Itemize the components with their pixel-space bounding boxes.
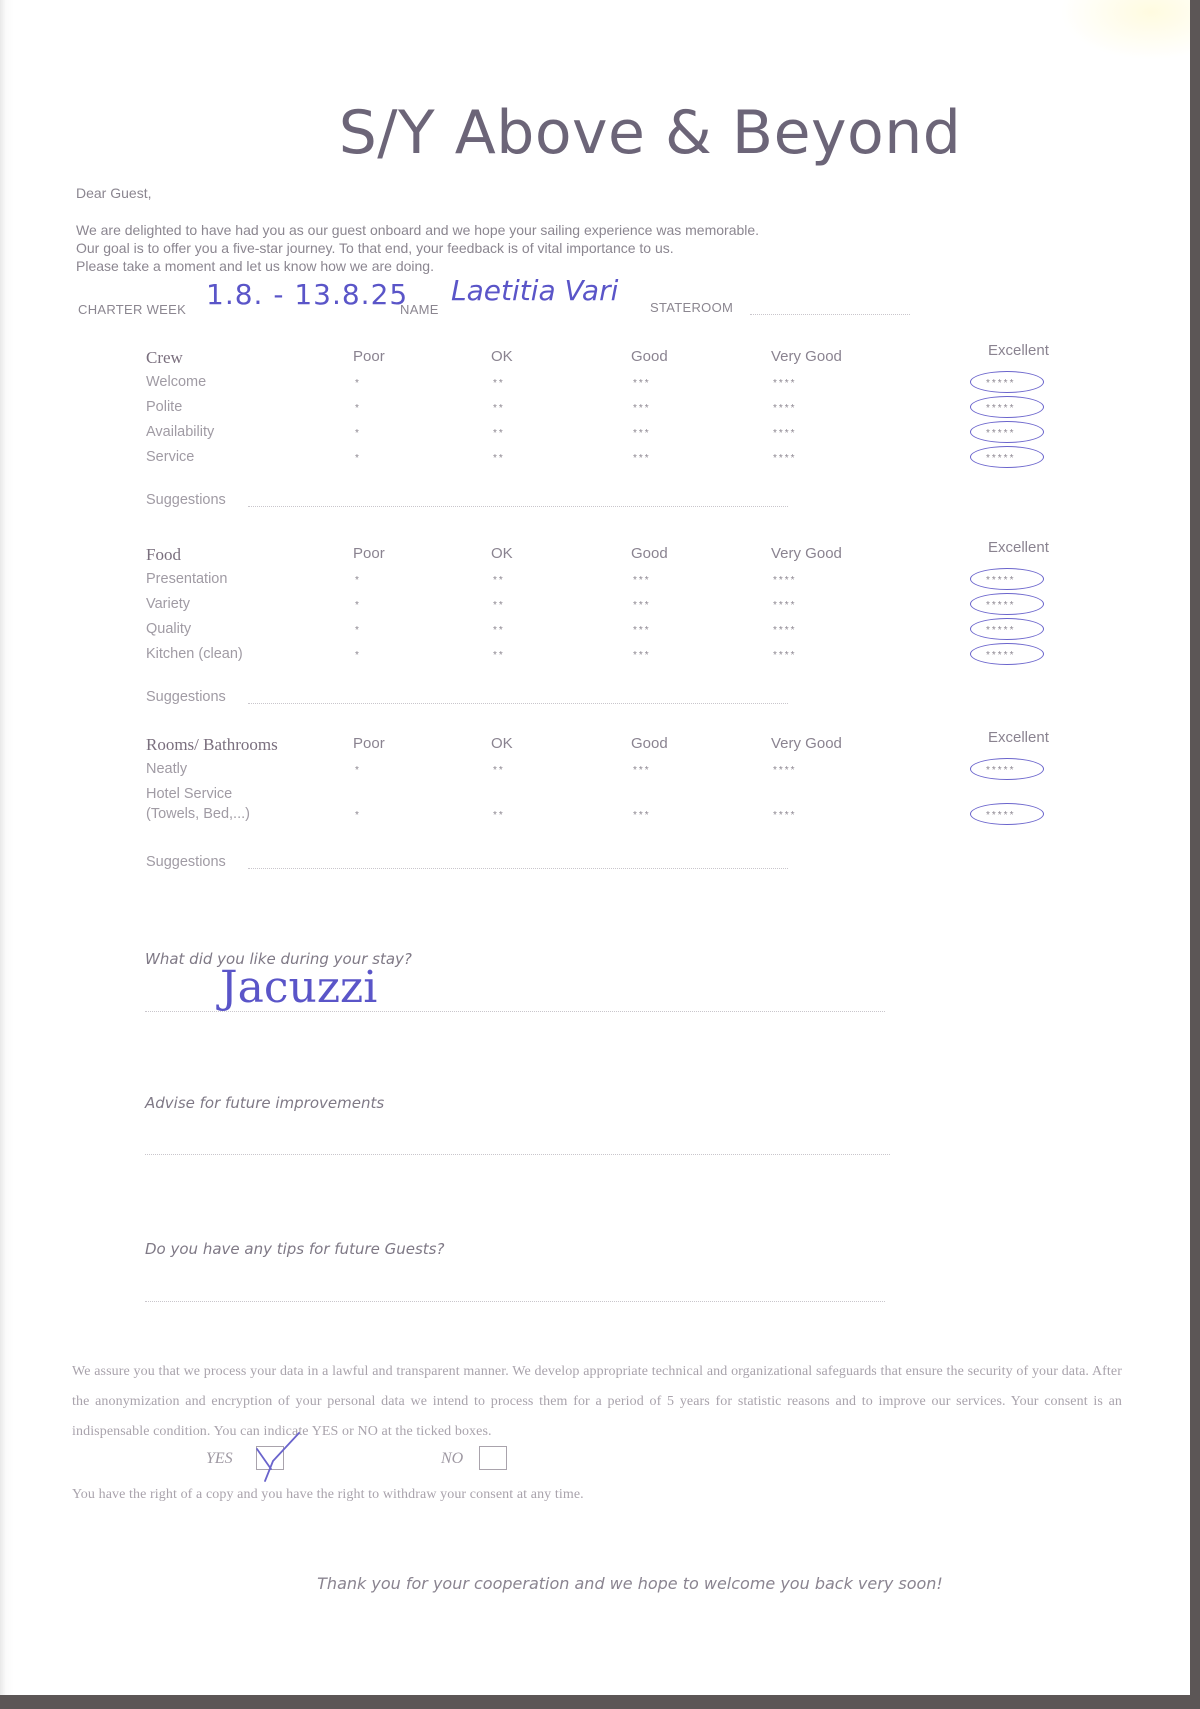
- page-title: S/Y Above & Beyond: [0, 98, 1190, 168]
- section-food: FoodPoorOKGoodVery GoodExcellentPresenta…: [146, 545, 1066, 714]
- rating-option-poor[interactable]: *: [355, 575, 361, 586]
- rating-option-ok[interactable]: **: [493, 428, 505, 439]
- rating-option-very-good[interactable]: ****: [773, 428, 797, 439]
- column-header-very-good: Very Good: [771, 545, 842, 562]
- rating-option-poor[interactable]: *: [355, 600, 361, 611]
- rating-item-label: Kitchen (clean): [146, 646, 243, 662]
- section-title: Rooms/ Bathrooms: [146, 735, 278, 755]
- rating-option-good[interactable]: ***: [633, 575, 651, 586]
- intro-text: We are delighted to have had you as our …: [76, 221, 759, 275]
- rating-item-label: Neatly: [146, 761, 187, 777]
- rating-option-poor[interactable]: *: [355, 428, 361, 439]
- selected-rating-circle: [970, 568, 1044, 590]
- column-header-good: Good: [631, 735, 668, 752]
- rating-option-very-good[interactable]: ****: [773, 600, 797, 611]
- section-header: CrewPoorOKGoodVery GoodExcellent: [146, 348, 1066, 374]
- rating-option-good[interactable]: ***: [633, 600, 651, 611]
- section-title: Food: [146, 545, 181, 565]
- rating-option-good[interactable]: ***: [633, 403, 651, 414]
- column-header-very-good: Very Good: [771, 735, 842, 752]
- column-header-poor: Poor: [353, 735, 385, 752]
- rating-option-ok[interactable]: **: [493, 453, 505, 464]
- suggestions-label: Suggestions: [146, 854, 226, 870]
- suggestions-row: Suggestions: [146, 492, 1066, 517]
- light-glare: [1060, 0, 1190, 60]
- rating-option-good[interactable]: ***: [633, 810, 651, 821]
- rating-item-label: Presentation: [146, 571, 227, 587]
- rating-row: Welcome***************: [146, 374, 1066, 399]
- rating-option-good[interactable]: ***: [633, 650, 651, 661]
- rating-option-good[interactable]: ***: [633, 765, 651, 776]
- suggestions-row: Suggestions: [146, 854, 1066, 879]
- rating-item-label: Quality: [146, 621, 191, 637]
- rating-option-poor[interactable]: *: [355, 378, 361, 389]
- selected-rating-circle: [970, 396, 1044, 418]
- rating-option-poor[interactable]: *: [355, 765, 361, 776]
- rating-row: Presentation***************: [146, 571, 1066, 596]
- rating-option-ok[interactable]: **: [493, 378, 505, 389]
- rating-row: Availability***************: [146, 424, 1066, 449]
- selected-rating-circle: [970, 758, 1044, 780]
- rating-option-poor[interactable]: *: [355, 403, 361, 414]
- rating-row: Kitchen (clean)***************: [146, 646, 1066, 671]
- suggestions-label: Suggestions: [146, 689, 226, 705]
- question-improvements: Advise for future improvements: [145, 1094, 384, 1112]
- rating-item-label: Availability: [146, 424, 214, 440]
- consent-yes-checkbox[interactable]: [256, 1446, 284, 1470]
- rating-option-very-good[interactable]: ****: [773, 810, 797, 821]
- column-header-ok: OK: [491, 348, 513, 365]
- rating-option-poor[interactable]: *: [355, 810, 361, 821]
- suggestions-field[interactable]: [248, 506, 788, 507]
- column-header-ok: OK: [491, 735, 513, 752]
- selected-rating-circle: [970, 446, 1044, 468]
- section-title: Crew: [146, 348, 183, 368]
- rating-option-very-good[interactable]: ****: [773, 765, 797, 776]
- column-header-good: Good: [631, 348, 668, 365]
- suggestions-field[interactable]: [248, 868, 788, 869]
- section-header: FoodPoorOKGoodVery GoodExcellent: [146, 545, 1066, 571]
- selected-rating-circle: [970, 618, 1044, 640]
- column-header-ok: OK: [491, 545, 513, 562]
- rating-row: Polite***************: [146, 399, 1066, 424]
- rating-item-label: Hotel Service: [146, 786, 232, 802]
- rating-option-good[interactable]: ***: [633, 428, 651, 439]
- rating-item-label: (Towels, Bed,...): [146, 806, 250, 822]
- rating-row: Quality***************: [146, 621, 1066, 646]
- charter-week-field[interactable]: 1.8. - 13.8.25: [206, 278, 408, 311]
- rating-item-label: Polite: [146, 399, 182, 415]
- column-header-excellent: Excellent: [988, 342, 1049, 359]
- answer-liked-line: [145, 1011, 885, 1012]
- answer-liked[interactable]: Jacuzzi: [220, 962, 377, 1013]
- section-rooms-bathrooms: Rooms/ BathroomsPoorOKGoodVery GoodExcel…: [146, 735, 1066, 879]
- rating-row: Variety***************: [146, 596, 1066, 621]
- rating-option-ok[interactable]: **: [493, 765, 505, 776]
- rating-option-poor[interactable]: *: [355, 625, 361, 636]
- section-crew: CrewPoorOKGoodVery GoodExcellentWelcome*…: [146, 348, 1066, 517]
- rating-option-very-good[interactable]: ****: [773, 650, 797, 661]
- column-header-poor: Poor: [353, 545, 385, 562]
- stateroom-field[interactable]: [750, 314, 910, 315]
- rating-option-poor[interactable]: *: [355, 453, 361, 464]
- rights-text: You have the right of a copy and you hav…: [72, 1480, 1122, 1510]
- intro-line: Our goal is to offer you a five-star jou…: [76, 239, 759, 257]
- selected-rating-circle: [970, 803, 1044, 825]
- column-header-good: Good: [631, 545, 668, 562]
- rating-item-label: Variety: [146, 596, 190, 612]
- rating-option-good[interactable]: ***: [633, 453, 651, 464]
- charter-info-row: CHARTER WEEK 1.8. - 13.8.25 NAME Laetiti…: [78, 268, 918, 318]
- rating-option-ok[interactable]: **: [493, 600, 505, 611]
- answer-improvements-field[interactable]: [145, 1154, 890, 1155]
- suggestions-field[interactable]: [248, 703, 788, 704]
- section-header: Rooms/ BathroomsPoorOKGoodVery GoodExcel…: [146, 735, 1066, 761]
- column-header-very-good: Very Good: [771, 348, 842, 365]
- column-header-excellent: Excellent: [988, 539, 1049, 556]
- rating-option-very-good[interactable]: ****: [773, 378, 797, 389]
- rating-row: Service***************: [146, 449, 1066, 474]
- name-field[interactable]: Laetitia Vari: [451, 274, 618, 307]
- suggestions-row: Suggestions: [146, 689, 1066, 714]
- selected-rating-circle: [970, 643, 1044, 665]
- rating-option-ok[interactable]: **: [493, 650, 505, 661]
- selected-rating-circle: [970, 593, 1044, 615]
- rating-row: Neatly***************: [146, 761, 1066, 786]
- rating-option-very-good[interactable]: ****: [773, 625, 797, 636]
- suggestions-label: Suggestions: [146, 492, 226, 508]
- consent-yes-label: YES: [206, 1450, 233, 1468]
- rating-option-good[interactable]: ***: [633, 378, 651, 389]
- selected-rating-circle: [970, 421, 1044, 443]
- rating-option-ok[interactable]: **: [493, 625, 505, 636]
- privacy-text: We assure you that we process your data …: [72, 1357, 1122, 1447]
- consent-no-checkbox[interactable]: [479, 1446, 507, 1470]
- consent-no-label: NO: [441, 1450, 463, 1468]
- rating-row-label-line: Hotel Service: [146, 786, 1066, 806]
- rating-option-good[interactable]: ***: [633, 625, 651, 636]
- rating-item-label: Welcome: [146, 374, 206, 390]
- feedback-form-page: S/Y Above & Beyond Dear Guest, We are de…: [0, 0, 1190, 1695]
- stateroom-label: STATEROOM: [650, 300, 733, 315]
- charter-week-label: CHARTER WEEK: [78, 302, 186, 317]
- rating-option-ok[interactable]: **: [493, 403, 505, 414]
- intro-line: We are delighted to have had you as our …: [76, 221, 759, 239]
- answer-tips-field[interactable]: [145, 1301, 885, 1302]
- column-header-poor: Poor: [353, 348, 385, 365]
- rating-option-very-good[interactable]: ****: [773, 453, 797, 464]
- thank-you-message: Thank you for your cooperation and we ho…: [0, 1574, 1190, 1593]
- question-tips: Do you have any tips for future Guests?: [145, 1240, 444, 1258]
- rating-option-poor[interactable]: *: [355, 650, 361, 661]
- name-label: NAME: [400, 302, 439, 317]
- rating-item-label: Service: [146, 449, 194, 465]
- rating-option-ok[interactable]: **: [493, 810, 505, 821]
- greeting: Dear Guest,: [76, 185, 151, 201]
- rating-option-very-good[interactable]: ****: [773, 403, 797, 414]
- column-header-excellent: Excellent: [988, 729, 1049, 746]
- rating-option-ok[interactable]: **: [493, 575, 505, 586]
- rating-row: (Towels, Bed,...)***************: [146, 806, 1066, 836]
- selected-rating-circle: [970, 371, 1044, 393]
- rating-option-very-good[interactable]: ****: [773, 575, 797, 586]
